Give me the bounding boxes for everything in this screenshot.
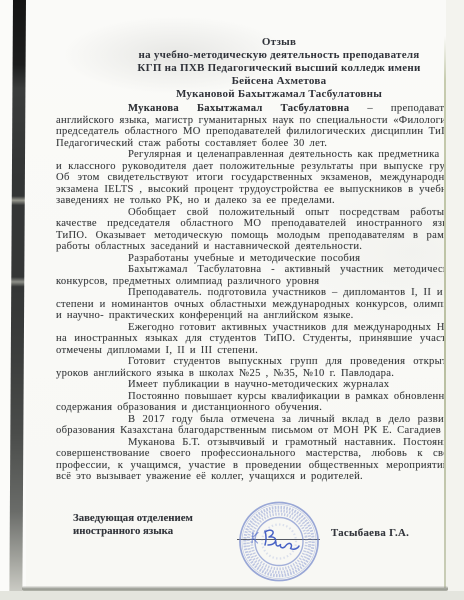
scan-binding-edge	[9, 0, 26, 600]
scan-background-bottom	[0, 591, 464, 600]
scan-background	[446, 0, 464, 600]
paragraph: Разработаны учебные и методические пособ…	[56, 253, 460, 265]
scanned-document: Отзыв на учебно-методическую деятельност…	[0, 0, 464, 600]
title-line: Отзыв	[92, 36, 464, 49]
signer-name: Тасыбаева Г.А.	[331, 527, 409, 539]
paragraph: Обобщает свой положительный опыт посредс…	[56, 207, 460, 253]
paragraph: Ежегодно готовит активных участников для…	[56, 322, 460, 357]
paragraph: Имеет публикации в научно-методических ж…	[56, 379, 460, 391]
teacher-name: Муканова Бахытжамал Тасбулатовна	[128, 103, 367, 114]
paragraph: Регулярная и целенаправленная деятельнос…	[56, 149, 460, 207]
official-stamp-icon	[236, 499, 322, 585]
paragraph: Муканова Б.Т. отзывчивый и грамотный нас…	[56, 437, 460, 483]
paragraph: Бахытжамал Тасбулатовна - активный участ…	[56, 264, 460, 287]
document-page: Отзыв на учебно-методическую деятельност…	[26, 0, 446, 600]
paragraph: Постоянно повышает курсы квалификации в …	[56, 391, 460, 414]
page-right-edge	[444, 36, 446, 588]
title-line: КГП на ПХВ Педагогический высший колледж…	[92, 62, 464, 75]
paragraph: Готовит студентов выпускных групп для пр…	[56, 356, 460, 379]
paragraph: Муканова Бахытжамал Тасбулатовна – препо…	[56, 103, 460, 149]
title-line: на учебно-методическую деятельность преп…	[92, 49, 464, 62]
handwritten-signature-icon	[252, 530, 299, 549]
document-title: Отзыв на учебно-методическую деятельност…	[92, 36, 464, 101]
paragraph: Преподаватель. подготовила участников – …	[56, 287, 460, 322]
paragraph: В 2017 году была отмечена за личный вкла…	[56, 414, 460, 437]
document-body: Муканова Бахытжамал Тасбулатовна – препо…	[56, 103, 460, 483]
title-line: Мукановой Бахытжамал Тасбулатовны	[92, 88, 464, 101]
title-line: Бейсена Ахметова	[92, 75, 464, 88]
